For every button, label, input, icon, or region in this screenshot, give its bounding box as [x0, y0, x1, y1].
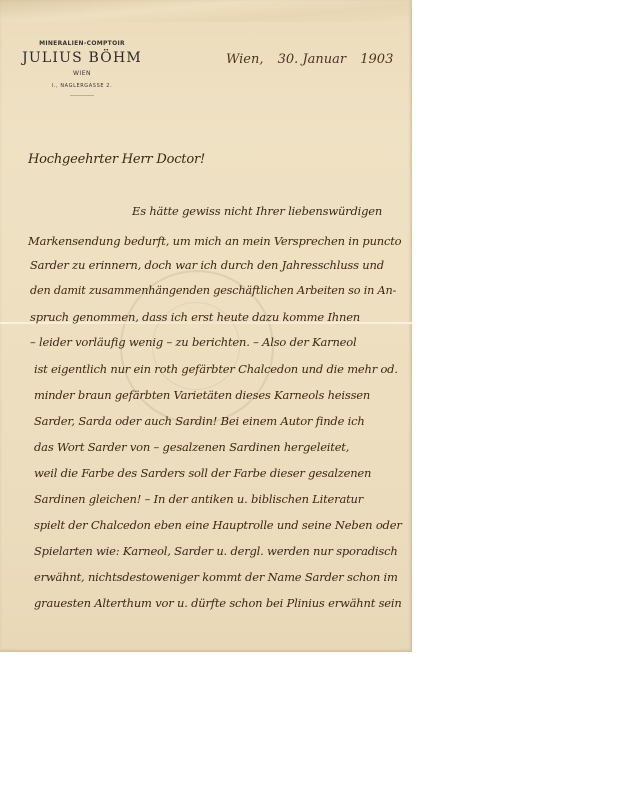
body-line: spielt der Chalcedon eben eine Hauptroll… [34, 518, 402, 532]
letterhead: MINERALIEN-COMPTOIR JULIUS BÖHM WIEN I.,… [12, 40, 152, 96]
body-line: Sardinen gleichen! – In der antiken u. b… [34, 492, 363, 506]
body-line: minder braun gefärbten Varietäten dieses… [34, 388, 370, 402]
dateline-place: Wien, [226, 52, 264, 67]
letterhead-name: JULIUS BÖHM [12, 50, 152, 66]
letterhead-address: I., NAGLERGASSE 2. [12, 83, 152, 89]
body-line: Sarder zu erinnern, doch war ich durch d… [30, 258, 384, 272]
dateline-date: 30. Januar [278, 52, 346, 67]
body-line: Sarder, Sarda oder auch Sardin! Bei eine… [34, 414, 365, 428]
letterhead-rule [70, 95, 94, 96]
body-line: das Wort Sarder von – gesalzenen Sardine… [34, 440, 349, 454]
body-line: spruch genommen, dass ich erst heute daz… [30, 310, 360, 324]
letter-page: MINERALIEN-COMPTOIR JULIUS BÖHM WIEN I.,… [0, 0, 412, 652]
salutation: Hochgeehrter Herr Doctor! [28, 152, 205, 167]
dateline-year: 1903 [360, 52, 393, 67]
body-line: Spielarten wie: Karneol, Sarder u. dergl… [34, 544, 398, 558]
body-line: erwähnt, nichtsdestoweniger kommt der Na… [34, 570, 398, 584]
body-line: – leider vorläufig wenig – zu berichten.… [30, 335, 356, 349]
letterhead-city: WIEN [12, 70, 152, 77]
body-line: Es hätte gewiss nicht Ihrer liebenswürdi… [132, 204, 382, 218]
dateline: Wien, 30. Januar 1903 [226, 52, 396, 67]
paper-crease [0, 0, 412, 22]
body-line: grauesten Alterthum vor u. dürfte schon … [34, 596, 402, 610]
body-line: weil die Farbe des Sarders soll der Farb… [34, 466, 371, 480]
letterhead-company: MINERALIEN-COMPTOIR [12, 40, 152, 47]
body-line: ist eigentlich nur ein roth gefärbter Ch… [34, 362, 398, 376]
body-line: Markensendung bedurft, um mich an mein V… [28, 234, 401, 248]
body-line: den damit zusammenhängenden geschäftlich… [30, 284, 396, 297]
